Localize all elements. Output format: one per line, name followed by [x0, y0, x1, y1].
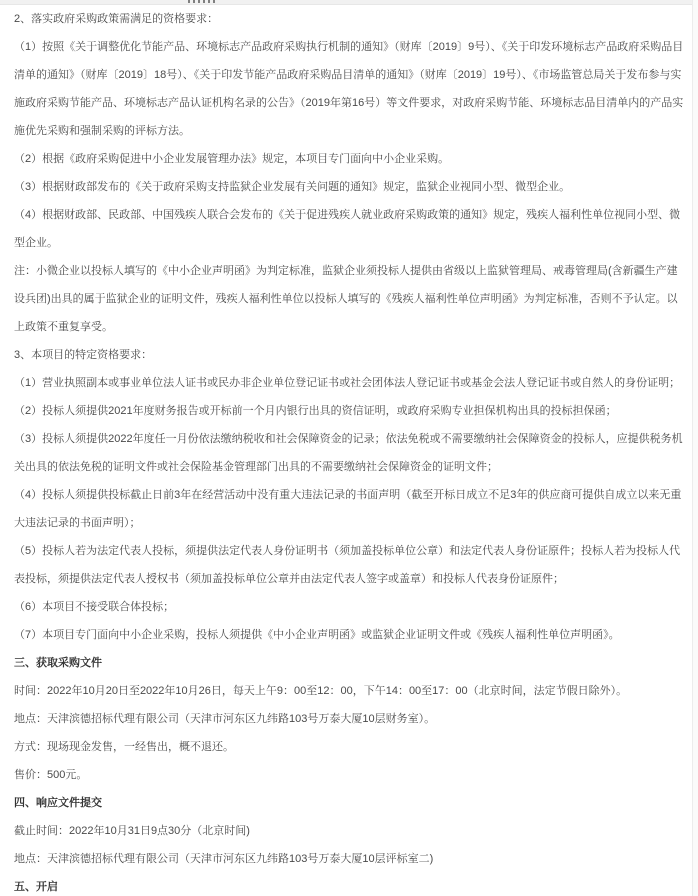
paragraph: （5）投标人若为法定代表人投标，须提供法定代表人身份证明书（须加盖投标单位公章）…: [14, 537, 688, 593]
paragraph: （1）营业执照副本或事业单位法人证书或民办非企业单位登记证书或社会团体法人登记证…: [14, 369, 688, 397]
section-heading: 四、响应文件提交: [14, 789, 688, 817]
clipped-text-artifact: [188, 0, 218, 3]
paragraph: （2）投标人须提供2021年度财务报告或开标前一个月内银行出具的资信证明，或政府…: [14, 397, 688, 425]
paragraph: （2）根据《政府采购促进中小企业发展管理办法》规定，本项目专门面向中小企业采购。: [14, 145, 688, 173]
paragraph: 时间：2022年10月20日至2022年10月26日，每天上午9：00至12：0…: [14, 677, 688, 705]
paragraph: （3）根据财政部发布的《关于政府采购支持监狱企业发展有关问题的通知》规定，监狱企…: [14, 173, 688, 201]
paragraph: 截止时间：2022年10月31日9点30分（北京时间): [14, 817, 688, 845]
section-heading: 三、获取采购文件: [14, 649, 688, 677]
paragraph: 2、落实政府采购政策需满足的资格要求：: [14, 5, 688, 33]
paragraph: （1）按照《关于调整优化节能产品、环境标志产品政府采购执行机制的通知》（财库〔2…: [14, 33, 688, 145]
paragraph: （6）本项目不接受联合体投标；: [14, 593, 688, 621]
paragraph: （4）投标人须提供投标截止日前3年在经营活动中没有重大违法记录的书面声明（截至开…: [14, 481, 688, 537]
paragraph: 3、本项目的特定资格要求：: [14, 341, 688, 369]
paragraph: （4）根据财政部、民政部、中国残疾人联合会发布的《关于促进残疾人就业政府采购政策…: [14, 201, 688, 257]
paragraph: 地点：天津滨德招标代理有限公司（天津市河东区九纬路103号万泰大厦10层财务室）…: [14, 705, 688, 733]
paragraph: （7）本项目专门面向中小企业采购，投标人须提供《中小企业声明函》或监狱企业证明文…: [14, 621, 688, 649]
paragraph: （3）投标人须提供2022年度任一月份依法缴纳税收和社会保障资金的记录；依法免税…: [14, 425, 688, 481]
scrollbar-track: [692, 0, 698, 896]
paragraph: 注：小微企业以投标人填写的《中小企业声明函》为判定标准，监狱企业须投标人提供由省…: [14, 257, 688, 341]
paragraph: 方式：现场现金发售，一经售出，概不退还。: [14, 733, 688, 761]
paragraph: 地点：天津滨德招标代理有限公司（天津市河东区九纬路103号万泰大厦10层评标室二…: [14, 845, 688, 873]
procurement-notice-body: 2、落实政府采购政策需满足的资格要求：（1）按照《关于调整优化节能产品、环境标志…: [14, 5, 688, 896]
paragraph: 售价：500元。: [14, 761, 688, 789]
section-heading: 五、开启: [14, 873, 688, 896]
